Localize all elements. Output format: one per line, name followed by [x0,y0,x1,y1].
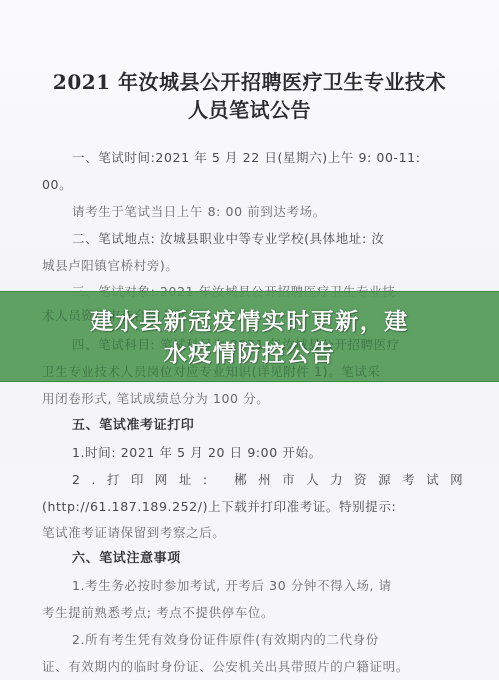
section-5-keep-notice: 笔试准考证请保留到考察之后。 [42,525,462,541]
document-title-line-2: 人员笔试公告 [0,94,499,123]
headline-title: 建水县新冠疫情实时更新，建 水疫情防控公告 [0,306,499,370]
section-4-exam-format: 用闭卷形式, 笔试成绩总分为 100 分。 [42,391,462,407]
headline-line-1: 建水县新冠疫情实时更新，建 [0,306,499,338]
section-6-item-1-cont: 考生提前熟悉考点; 考点不提供停车位。 [42,605,462,621]
scanned-document-page: 2021 年汝城县公开招聘医疗卫生专业技术 人员笔试公告 一、笔试时间:2021… [0,0,499,680]
section-5-print-time: 1.时间: 2021 年 5 月 20 日 9:00 开始。 [72,445,492,461]
section-5-print-url: (http://61.187.189.252/)上下载并打印准考证。特别提示: [42,499,462,515]
document-title-line-1: 2021 年汝城县公开招聘医疗卫生专业技术 [0,66,499,95]
section-6-heading: 六、笔试注意事项 [72,551,492,567]
section-5-print-site: 2.打印网址: 郴州市人力资源考试网 [72,472,492,488]
arrival-notice: 请考生于笔试当日上午 8: 00 前到达考场。 [72,204,492,220]
section-6-item-2-cont: 证、有效期内的临时身份证、公安机关出具带照片的户籍证明。 [42,659,462,675]
section-6-item-2: 2.所有考生凭有效身份证件原件(有效期内的二代身份 [72,632,492,648]
section-2-exam-location-cont: 城县卢阳镇官桥村旁)。 [42,258,462,274]
headline-line-2: 水疫情防控公告 [0,338,499,370]
section-1-exam-time-cont: 00。 [42,177,462,193]
section-5-heading: 五、笔试准考证打印 [72,418,492,434]
section-1-exam-time: 一、笔试时间:2021 年 5 月 22 日(星期六)上午 9: 00-11: [72,150,492,166]
section-6-item-1: 1.考生务必按时参加考试, 开考后 30 分钟不得入场, 请 [72,578,492,594]
section-2-exam-location: 二、笔试地点: 汝城县职业中等专业学校(具体地址: 汝 [72,231,492,247]
